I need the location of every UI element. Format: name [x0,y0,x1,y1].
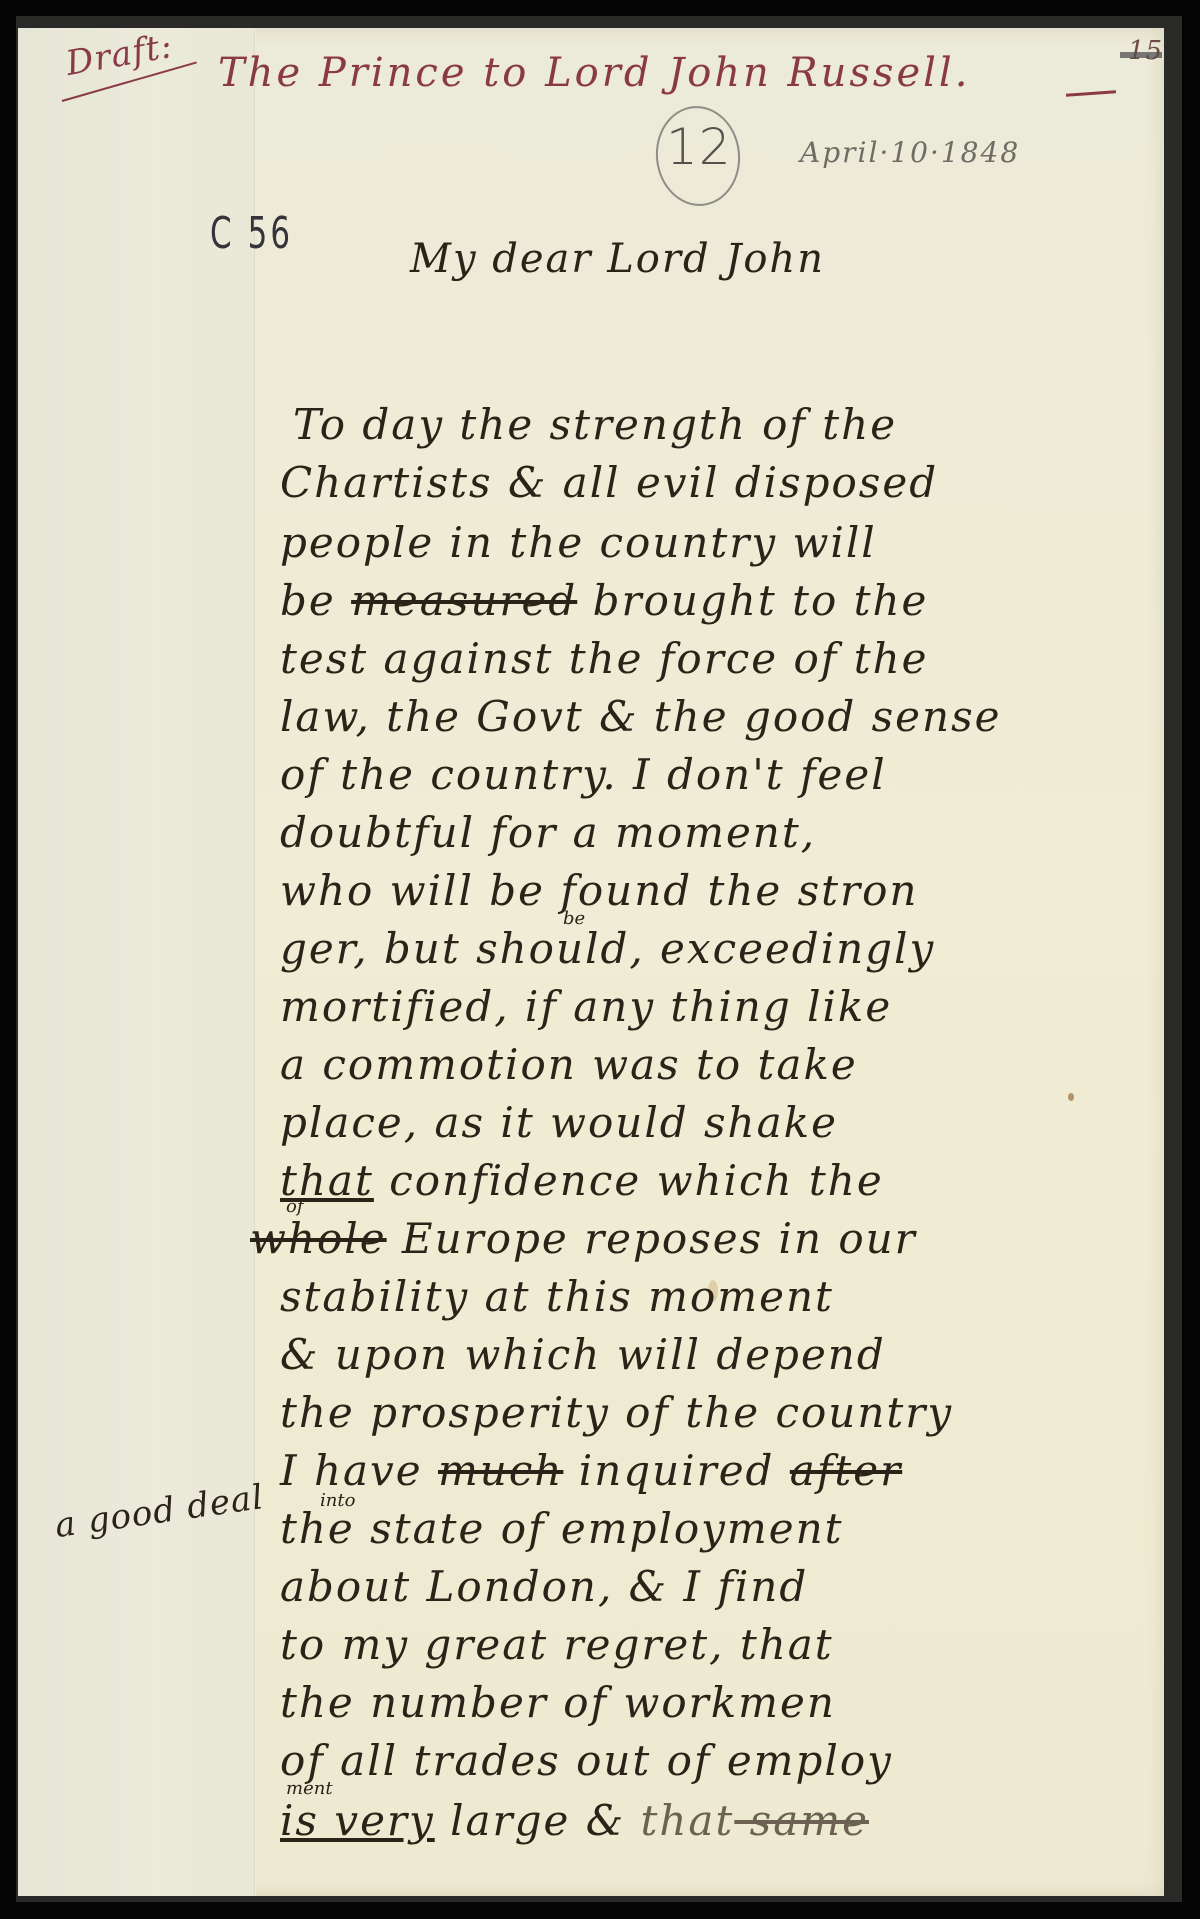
paper-fold-flap [18,28,254,1896]
fold-line [254,28,256,1896]
archive-stamp: C 56 [210,208,293,259]
body-line: that confidence which the [280,1156,884,1205]
body-line: the prosperity of the country [280,1388,953,1437]
page-number-strikethrough [1120,52,1162,58]
struck-word: whole [250,1214,387,1263]
body-line: To day the strength of the [293,400,897,449]
salutation: My dear Lord John [410,236,825,282]
body-line: law, the Govt & the good sense [280,692,1002,741]
folio-number: 12 [666,118,732,176]
body-line: to my great regret, that [280,1620,834,1669]
scan-frame: Draft: The Prince to Lord John Russell. … [0,0,1200,1919]
body-line: of the country. I don't feel [280,750,887,799]
underlined-word: is very [280,1796,435,1845]
struck-word: after [790,1446,902,1495]
body-line: whole Europe reposes in our [250,1214,917,1263]
manuscript-page: Draft: The Prince to Lord John Russell. … [18,28,1164,1896]
body-line: Chartists & all evil disposed [280,458,938,507]
struck-word: much [438,1446,563,1495]
body-line: stability at this moment [280,1272,834,1321]
body-line: the number of workmen [280,1678,836,1727]
body-line: test against the force of the [280,634,928,683]
date-note: April·10·1848 [800,136,1020,169]
body-line: place, as it would shake [280,1098,838,1147]
body-line: mortified, if any thing like [280,982,892,1031]
body-line: is very large & that same [280,1796,869,1845]
body-line: a commotion was to take [280,1040,858,1089]
body-line: doubtful for a moment, [280,808,816,857]
body-line: people in the country will [280,518,877,567]
ink-spot [1068,1093,1074,1101]
body-line: the state of employment [280,1504,844,1553]
body-line: about London, & I find [280,1562,808,1611]
struck-word: same [734,1796,869,1845]
title-dash [1066,90,1116,96]
letter-title: The Prince to Lord John Russell. [218,50,970,96]
body-line: & upon which will depend [280,1330,886,1379]
body-line: be measured brought to the [280,576,928,625]
body-line: of all trades out of employ [280,1736,893,1785]
body-line: who will be found the stron [280,866,918,915]
body-line: ger, but should, exceedingly [280,924,935,973]
body-line: I have much inquired after [280,1446,902,1495]
page-number-struck: 15 [1128,36,1163,66]
struck-word: measured [351,576,577,625]
